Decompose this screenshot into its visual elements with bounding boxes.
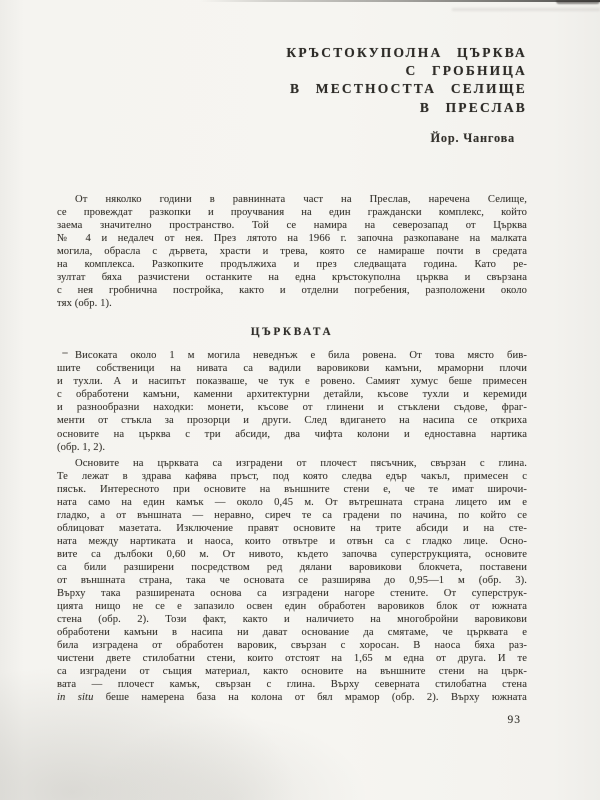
text-line: и тухли. А и насипът показваше, че тук е… (57, 375, 527, 388)
text-line: и разнообразни находки: монети, късове о… (57, 401, 527, 414)
text-line: чистени двете стилобатни стени, които от… (57, 652, 527, 665)
text-line: стена (обр. 2). Този факт, както и налич… (57, 613, 527, 626)
text-line: (обр. 1, 2). (57, 441, 527, 454)
text-line: заема значително пространство. Той се на… (57, 219, 527, 232)
article-title-line: КРЪСТОКУПОЛНА ЦЪРКВА (57, 44, 527, 62)
text-line: Върху така разширената основа са изграде… (57, 587, 527, 600)
scan-artifact-top-right-smudge (556, 0, 600, 4)
text-line: № 4 и недалеч от нея. През лятото на 196… (57, 232, 527, 245)
text-line: цията нищо не се е запазило освен един о… (57, 600, 527, 613)
text-line: ната само на един камък — около 0,45 м. … (57, 496, 527, 509)
text-line: тях (обр. 1). (57, 297, 527, 310)
scan-artifact-top-right-streak (452, 8, 600, 11)
text-line: гладко, а от външната — неравно, сиреч т… (57, 509, 527, 522)
text-line: От няколко години в равнинната част на П… (57, 193, 527, 206)
text-line: от външната страна, така че основата се … (57, 574, 527, 587)
paragraph-foundations: Основите на църквата са изградени от пло… (57, 457, 527, 705)
text-line: на комплекса. Разкопките продължиха и пр… (57, 258, 527, 271)
text-line: in situ беше намерена база на колона от … (57, 691, 527, 704)
text-line: с нея гробнична постройка, както и отдел… (57, 284, 527, 297)
text-line: с обработени камъни, каменни архитектурн… (57, 388, 527, 401)
author-name: Йор. Чангова (57, 131, 527, 146)
page-number: 93 (57, 714, 527, 726)
text-line: облицоват мазетата. Изключение правят ос… (57, 522, 527, 535)
scan-artifact-top-edge (200, 0, 600, 2)
text-line: ната между нартиката и наоса, които отвъ… (57, 535, 527, 548)
text-line: Високата около 1 м могила неведнъж е бил… (57, 349, 527, 362)
text-line: била изградена от обработен варовик, свъ… (57, 639, 527, 652)
text-line: пясък. Интересното при основите на външн… (57, 483, 527, 496)
article-title: КРЪСТОКУПОЛНА ЦЪРКВАС ГРОБНИЦАВ МЕСТНОСТ… (57, 44, 527, 117)
scanned-page: КРЪСТОКУПОЛНА ЦЪРКВАС ГРОБНИЦАВ МЕСТНОСТ… (0, 0, 600, 800)
text-line: са били разширени посредством ред дялани… (57, 561, 527, 574)
article-title-line: В ПРЕСЛАВ (57, 99, 527, 117)
page-content: КРЪСТОКУПОЛНА ЦЪРКВАС ГРОБНИЦАВ МЕСТНОСТ… (57, 44, 527, 726)
text-line: Основите на църквата са изградени от пло… (57, 457, 527, 470)
text-line: се провеждат разкопки и проучвания на ед… (57, 206, 527, 219)
text-line: вата — плочест камък, свързан с глина. В… (57, 678, 527, 691)
paragraph-intro: От няколко години в равнинната част на П… (57, 193, 527, 310)
text-line: Те лежат в здрава кафява пръст, под коят… (57, 470, 527, 483)
text-line: менти от стъкла за прозорци и други. Сле… (57, 414, 527, 427)
text-line: обработени камъни в насипа ни дават осно… (57, 626, 527, 639)
text-line: шите собственици на нивата са вадили вар… (57, 362, 527, 375)
text-line: зултат бяха разчистени останките на една… (57, 271, 527, 284)
text-line: могила, обрасла с дървета, храсти и трев… (57, 245, 527, 258)
article-title-line: С ГРОБНИЦА (57, 62, 527, 80)
section-heading: ЦЪРКВАТА (57, 326, 527, 338)
article-title-line: В МЕСТНОСТТА СЕЛИЩЕ (57, 80, 527, 98)
text-line: са изградени от същия материал, както ос… (57, 665, 527, 678)
text-line: основите на църква с три абсиди, два чиф… (57, 428, 527, 441)
text-line: вите са дълбоки 0,60 м. От нивото, къдет… (57, 548, 527, 561)
paragraph-mound: Високата около 1 м могила неведнъж е бил… (57, 349, 527, 453)
